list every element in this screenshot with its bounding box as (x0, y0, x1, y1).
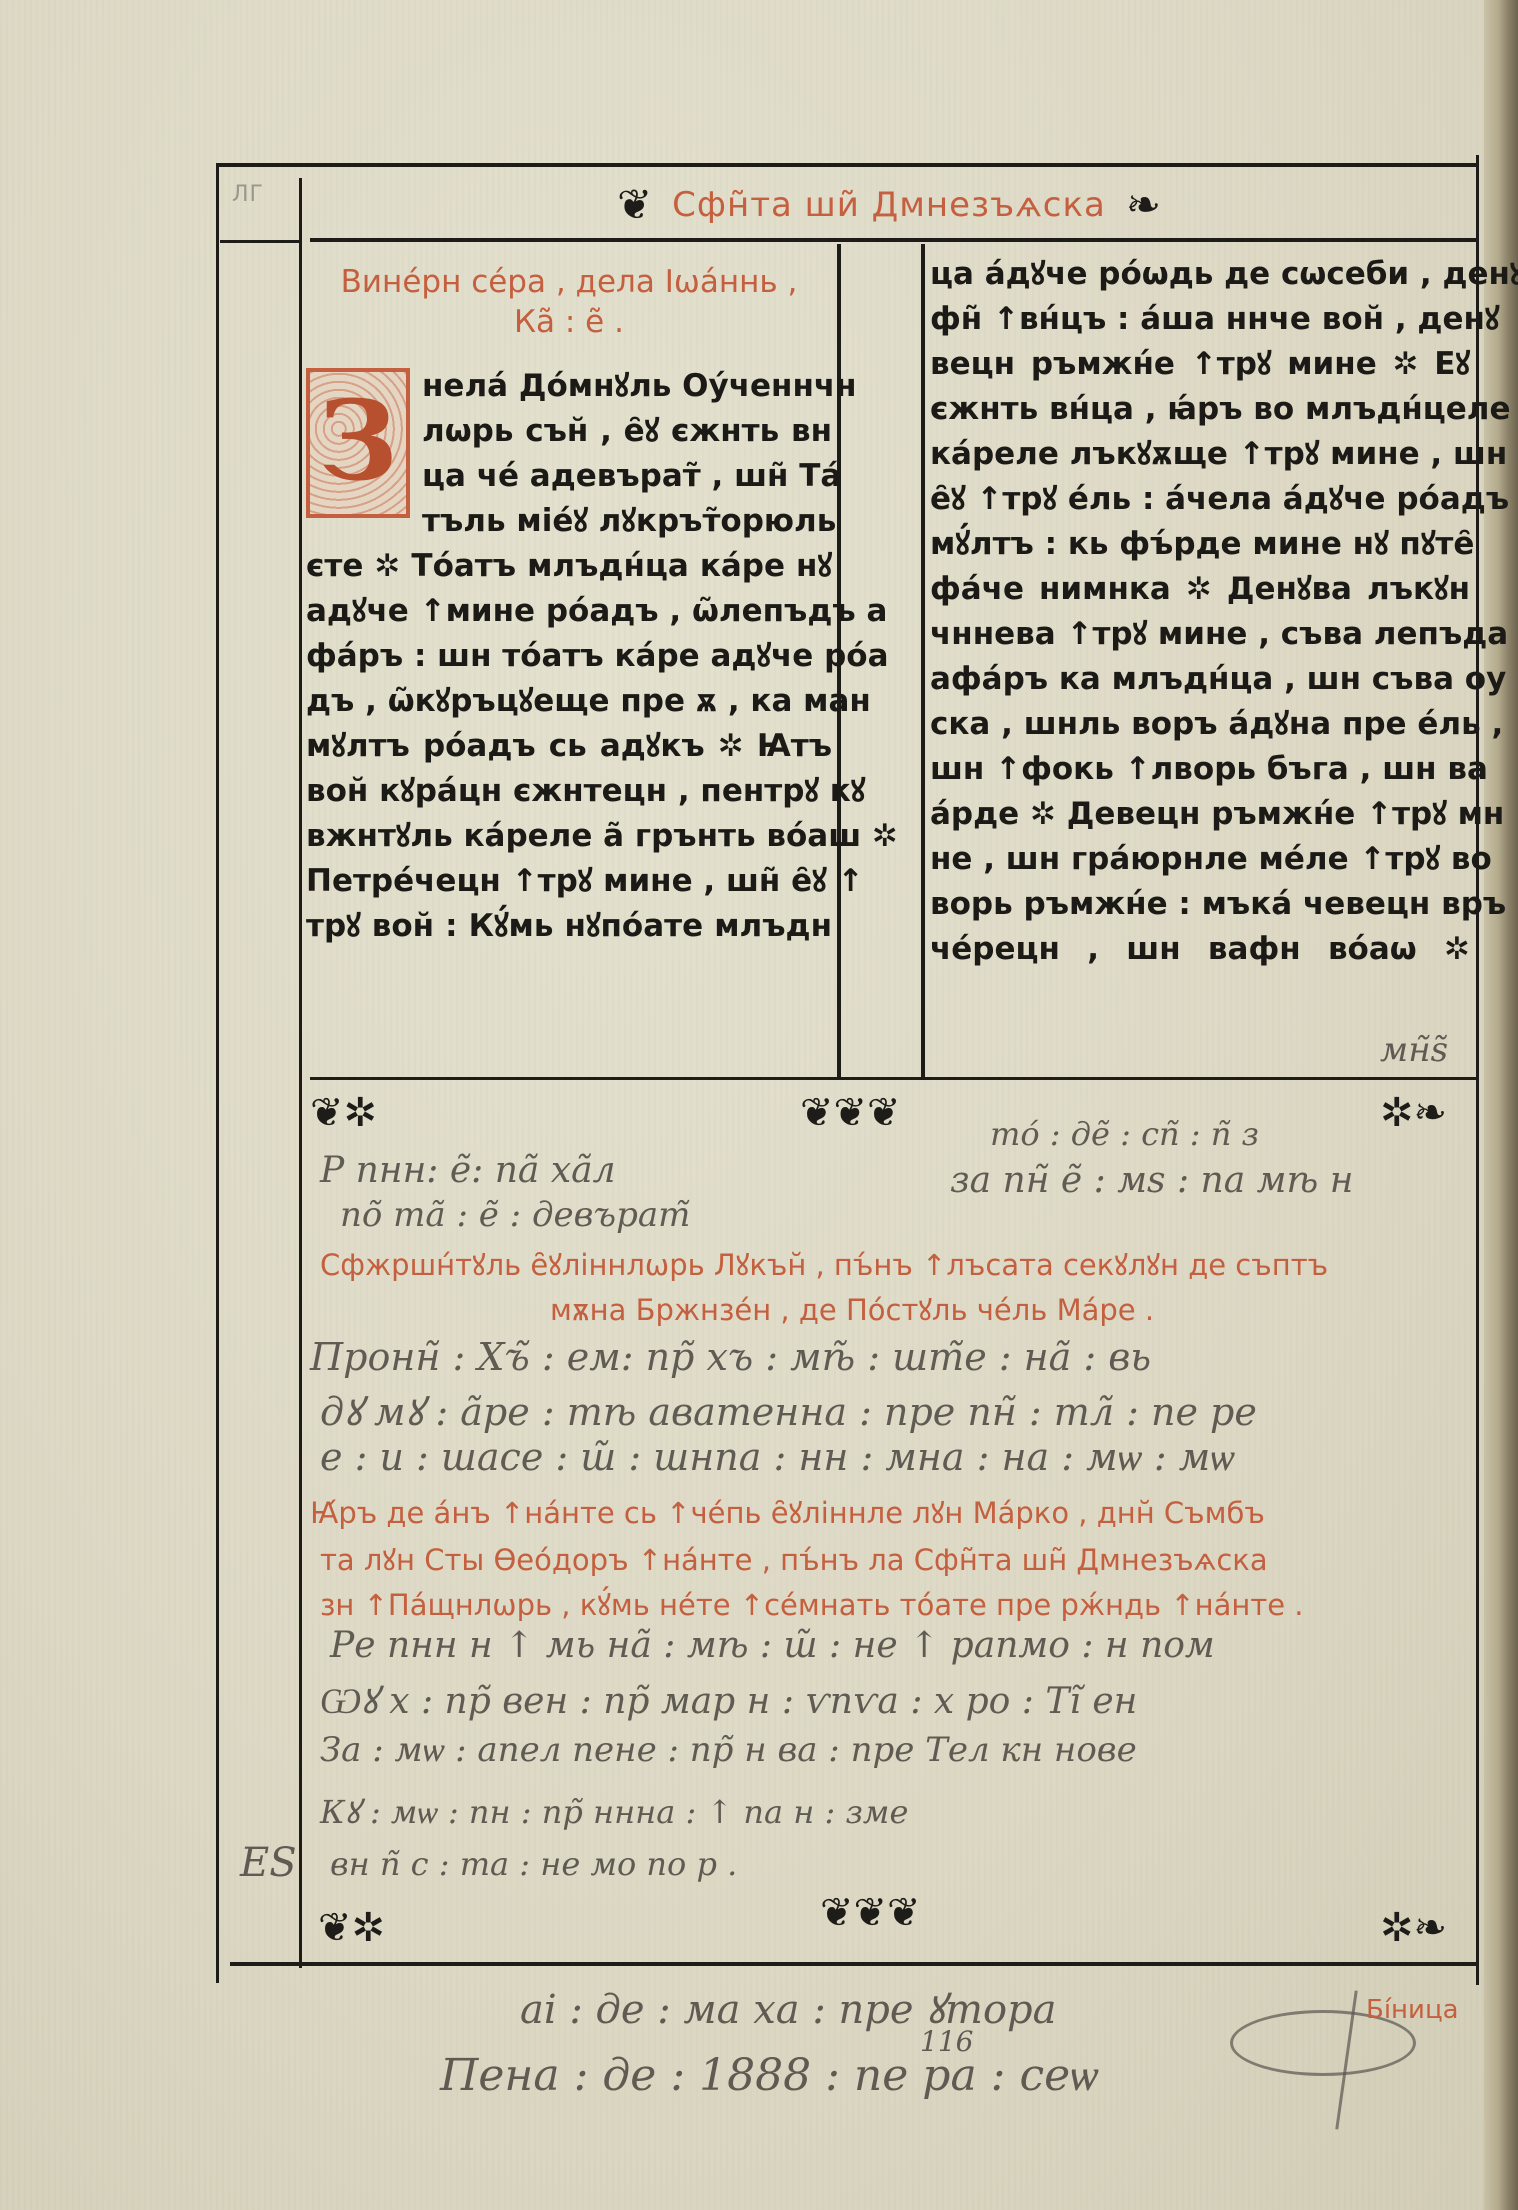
right-text-column: ца а́дꙋче ро́ѡдь де сѡсеби , денꙋва фн̃ … (930, 252, 1470, 972)
text-line: єте ✲ То́атъ млъдн́ца ка́ре нꙋ (306, 544, 832, 589)
bottom-handwritten-line2: Пена : де : 1888 : пе ра : сеѡ (440, 2050, 1098, 2101)
bottom-ornament-center-icon: ❦❦❦ (820, 1890, 921, 1936)
text-line: фа́че нимнка ✲ Денꙋва лъкꙋн (930, 567, 1470, 612)
text-line: єжнть вн́ца , ꙗ́ръ во млъдн́целе : (930, 387, 1470, 432)
frame-right-rule (1476, 155, 1479, 1985)
rubric-gospel-mark-line2: та лꙋн Сты Ѳео́доръ ↑на́нте , пъ́нъ ла С… (320, 1540, 1268, 1579)
bottom-handwritten-line1: аі : де : ма ха : пре ꙋтора (520, 1980, 1057, 2035)
handwritten-note: за пн̃ е̃ : мѕ : па мѣ н (950, 1160, 1353, 1201)
handwritten-note: Пронн̃ : Хъ̃ : ем: пр̃ хъ : мѣ̃ : шт̃е :… (310, 1335, 1151, 1379)
handwritten-note: Ре пнн н ↑ мь на̃ : мѣ : ш̃ : не ↑ рапмо… (330, 1625, 1215, 1666)
column-divider-right (921, 244, 925, 1078)
bottom-ornament-right-icon: ✲❧ (1380, 1905, 1447, 1951)
frame-bottom-rule (230, 1962, 1476, 1966)
text-line: ца а́дꙋче ро́ѡдь де сѡсеби , денꙋва (930, 252, 1470, 297)
text-line: че́рецн , шн вафн во́аѡ ✲ (930, 927, 1470, 972)
frame-top-rule (216, 163, 1478, 167)
text-line: а́рде ✲ Девецн ръмжн́е ↑трꙋ мн (930, 792, 1470, 837)
text-line: вон̆ кꙋра́цн єжнтецн , пентрꙋ кꙋ (306, 769, 832, 814)
lower-ornament-center-icon: ❦❦❦ (800, 1090, 901, 1136)
text-line: мꙋлтъ ро́адъ сь адꙋкъ ✲ Ꙗтъ (306, 724, 832, 769)
text-line: трꙋ вон̆ : Кꙋ́мь нꙋпо́ате млъдн (306, 904, 832, 949)
text-line: вецн ръмжн́е ↑трꙋ мине ✲ Еꙋ (930, 342, 1470, 387)
lower-ornament-right-icon: ✲❧ (1380, 1090, 1447, 1136)
text-line: фн̃ ↑вн́цъ : а́ша ннче вон̆ , денꙋ (930, 297, 1470, 342)
left-text-column: Вине́рн се́ра , дела Іѡа́ннь , Ка̃ : е̃ … (306, 262, 832, 949)
left-margin-note: ЕЅ (240, 1840, 297, 1886)
decorated-drop-cap: З (306, 368, 410, 518)
red-signature: Бі́ница (1366, 1995, 1459, 2025)
text-line: вжнтꙋль ка́реле а̃ грънть во́аш ✲ (306, 814, 832, 859)
running-title: Сфн̃та ши̃ Дмнезъѧска (672, 185, 1106, 225)
lower-ornament-left-icon: ❦✲ (310, 1090, 377, 1136)
handwritten-note: то́ : де̃ : сп̃ : п̃ з (990, 1115, 1259, 1153)
text-block-bottom-rule (310, 1077, 1476, 1080)
text-line: не , шн гра́юрнле ме́ле ↑трꙋ во (930, 837, 1470, 882)
frame-inner-left-rule (299, 178, 302, 1968)
text-line: ворь ръмжн́е : мъка́ чевецн връ (930, 882, 1470, 927)
header-ornament-left-icon: ❦ (617, 184, 652, 226)
frame-outer-left-rule (216, 163, 219, 1983)
rubric-gospel-mark-line1: Ꙗ́ръ де а́нъ ↑на́нте сь ↑че́пь е̑ꙋліннле… (310, 1493, 1265, 1532)
text-line: фа́ръ : шн то́атъ ка́ре адꙋче ро́а (306, 634, 832, 679)
folio-number: ЛГ (232, 182, 264, 207)
handwritten-note: Ѡꙋ х : пр̃ вен : пр̃ мар н : ѵпѵа : х ро… (320, 1675, 1137, 1724)
text-line: е̑ꙋ ↑трꙋ е́ль : а́чела а́дꙋче ро́адъ (930, 477, 1470, 522)
text-line: шн ↑фокь ↑лворь бъга , шн ва (930, 747, 1470, 792)
rubric-gospel-luke-line1: Сфжршн́тꙋль е̑ꙋліннлѡрь Лꙋкън̆ , пъ́нъ ↑… (320, 1245, 1328, 1284)
handwritten-note: За : мѡ : апел пене : пр̃ н ва : пре Тел… (320, 1730, 1137, 1770)
handwritten-note: Кꙋ : мѡ : пн : пр̃ ннна : ↑ па н : зме (320, 1790, 908, 1833)
rubric-gospel-luke-line2: мѫна Бржнзе́н , де По́стꙋль че́ль Ма́ре … (550, 1290, 1154, 1329)
left-rubric-line2: Ка̃ : е̃ . (306, 302, 832, 342)
text-line: ка́реле лъкꙋѫще ↑трꙋ мине , шн (930, 432, 1470, 477)
text-line: афа́ръ ка млъдн́ца , шн съва оу (930, 657, 1470, 702)
text-line: чннева ↑трꙋ мине , съва лепъда (930, 612, 1470, 657)
text-line: дъ , ѡ̃кꙋръцꙋеще пре ѫ , ка ман (306, 679, 832, 724)
handwritten-note: е : и : шасе : ш̃ : шнпа : нн : мна : на… (320, 1435, 1235, 1480)
margin-handwritten-note: мн̃ѕ̃ (1380, 1030, 1448, 1070)
header-ornament-right-icon: ❧ (1126, 184, 1161, 226)
handwritten-note: по̃ та̃ : е̃ : девърат̃ (340, 1195, 690, 1235)
header-bottom-rule (220, 240, 300, 243)
handwritten-note: дꙋ мꙋ : а̃ре : тѣ аватенна : пре пн̃ : т… (320, 1385, 1257, 1437)
rubric-gospel-mark-line3: зн ↑Па́щнлѡрь , кꙋ́мь не́те ↑се́мнать то… (320, 1585, 1304, 1624)
text-line: адꙋче ↑мине ро́адъ , ѡ̃лепъдъ а (306, 589, 832, 634)
handwritten-note: Р пнн: е̃: па̃ ха̃л (320, 1150, 616, 1191)
text-line: Петре́чецн ↑трꙋ мине , шн̃ е̑ꙋ ↑ (306, 859, 832, 904)
text-line: мꙋ́лтъ : кь фъ́рде мине нꙋ пꙋте̑ (930, 522, 1470, 567)
text-line: ска , шнль воръ а́дꙋна пре е́ль , (930, 702, 1470, 747)
bottom-ornament-left-icon: ❦✲ (318, 1905, 385, 1951)
left-rubric-line1: Вине́рн се́ра , дела Іѡа́ннь , (306, 262, 832, 302)
running-header: ❦ Сфн̃та ши̃ Дмнезъѧска ❧ (300, 170, 1478, 240)
handwritten-note: вн п̃ с : та : не мо по р . (330, 1845, 737, 1883)
